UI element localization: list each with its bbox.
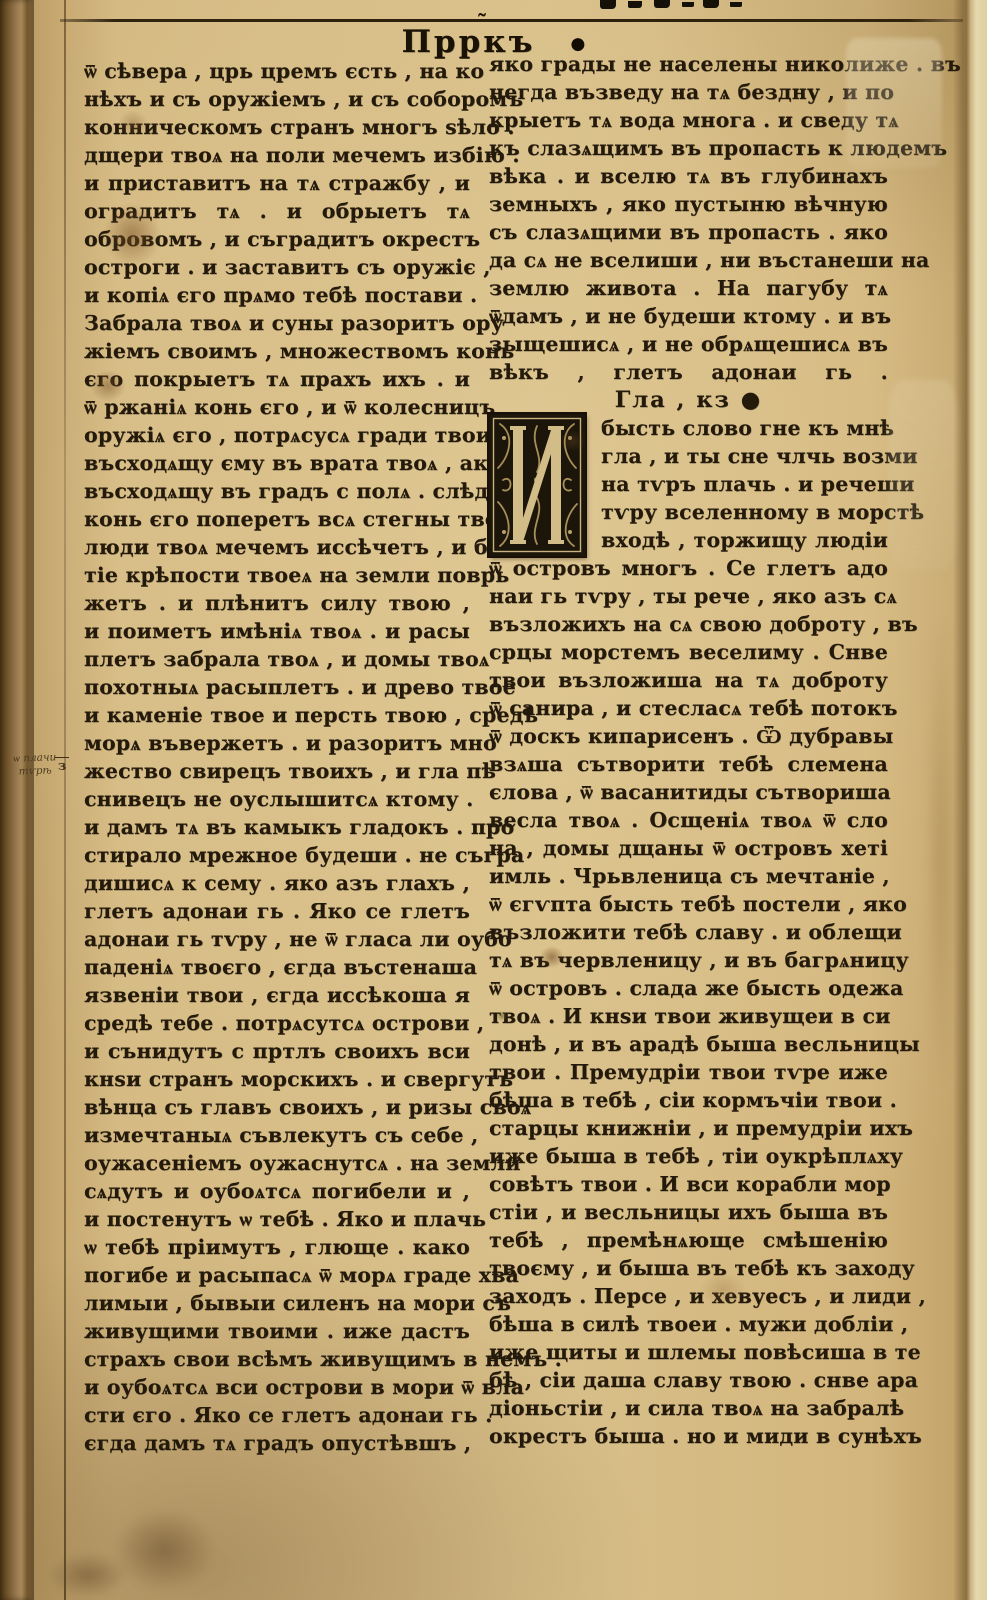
text-line: оужасеніемъ оужаснутсѧ . на земли (84, 1149, 470, 1177)
text-line: тіе крѣпости твоеѧ на земли поврь (84, 561, 470, 589)
text-line: язвеніи твои , єгда иссѣкоша я (84, 981, 470, 1009)
text-line: бѣша в силѣ твоеи . мужи добліи , (489, 1310, 888, 1338)
page-edge (953, 0, 987, 1600)
text-line: тебѣ , премѣнѧюще смѣшенію (489, 1226, 888, 1254)
text-line: обровомъ , и съградитъ окрестъ (84, 225, 470, 253)
text-line: негда възведу на тѧ бездну , и по (489, 78, 888, 106)
text-line: нѣхъ и съ оружіемъ , и съ соборомъ (84, 85, 470, 113)
text-line: сти єго . Яко се глетъ адонаи гь . (84, 1401, 470, 1429)
text-line: старцы книжніи , и премудріи ихъ (489, 1114, 888, 1142)
text-line: да сѧ не вселиши , ни въстанеши на (489, 246, 888, 274)
text-line: крыетъ тѧ вода многа . и сведу тѧ (489, 106, 888, 134)
text-line: єгда дамъ тѧ градъ опустѣвшъ , (84, 1429, 470, 1457)
text-line: бѣ , сіи даша славу твою . снве ара (489, 1366, 888, 1394)
margin-section-marker: з (55, 757, 69, 774)
text-line: землю живота . На пагубу тѧ (489, 274, 888, 302)
stain (112, 1508, 216, 1592)
text-line: и дамъ тѧ въ камыкъ гладокъ . про (84, 813, 470, 841)
text-line: имль . Чрьвленица съ мечтаніе , (489, 862, 888, 890)
text-line: морѧ въвержетъ . и разоритъ мно (84, 729, 470, 757)
text-line: твои възложиша на тѧ доброту (489, 666, 888, 694)
text-line: и оубоѧтсѧ вси острови в мори ѿ вла (84, 1373, 470, 1401)
text-line: ѿ єгѵпта бысть тебѣ постели , яко (489, 890, 888, 918)
text-line: иже щиты и шлемы повѣсиша в те (489, 1338, 888, 1366)
text-line: въсходѧщу въ градъ с полѧ . слѣдъ (84, 477, 470, 505)
text-line: оружіѧ єго , потрѧсусѧ гради твои . (84, 421, 470, 449)
text-line: срцы морстемъ веселиму . Снве (489, 638, 888, 666)
text-line: снивецъ не оуслышитсѧ ктому . (84, 785, 470, 813)
text-line: яко грады не населены николиже . въ (489, 50, 888, 78)
text-line: страхъ свои всѣмъ живущимъ в немъ . (84, 1345, 470, 1373)
text-line: плетъ забрала твоѧ , и домы твоѧ (84, 645, 470, 673)
text-line: глетъ адонаи гь . Яко се глетъ (84, 897, 470, 925)
text-line: и сънидутъ с пртлъ своихъ вси (84, 1037, 470, 1065)
text-line: къ слазѧщимъ въ пропасть к людемъ (489, 134, 888, 162)
text-line: стирало мрежное будеши . не съгра (84, 841, 470, 869)
binding-edge (0, 0, 34, 1600)
text-line: вѣка . и вселю тѧ въ глубинахъ (489, 162, 888, 190)
text-line: похотныѧ расыплетъ . и древо твое (84, 673, 470, 701)
text-line: възложихъ на сѧ свою доброту , въ (489, 610, 888, 638)
text-line: Забрала твоѧ и суны разоритъ ору (84, 309, 470, 337)
text-line: заходъ . Персе , и хевуесъ , и лиди , (489, 1282, 888, 1310)
text-line: зыщешисѧ , и не обрѧщешисѧ въ (489, 330, 888, 358)
text-line: и приставитъ на тѧ стражбу , и (84, 169, 470, 197)
text-line: донѣ , и въ арадѣ быша весльницы (489, 1030, 888, 1058)
text-line: твоѧ . И кнѕи твои живущеи в си (489, 1002, 888, 1030)
text-line: твои . Премудріи твои тѵре иже (489, 1058, 888, 1086)
text-line: земныхъ , яко пустыню вѣчную (489, 190, 888, 218)
text-line: и поиметъ имѣніѧ твоѧ . и расы (84, 617, 470, 645)
text-line: жество свирецъ твоихъ , и гла пѣ (84, 757, 470, 785)
text-column-right: И яко грады не населены николиже . вънег… (489, 50, 888, 1450)
text-line: сѧдутъ и оубоѧтсѧ погибели и , (84, 1177, 470, 1205)
titlo-mark: ˜ (477, 11, 488, 37)
text-line: и каменіе твое и персть твою , средѣ (84, 701, 470, 729)
ornamental-initial: И (489, 414, 585, 556)
text-line: средѣ тебе . потрѧсутсѧ острови , (84, 1009, 470, 1037)
ornamental-initial-art (489, 414, 585, 556)
text-line: ѿ сѣвера , црь цремъ єсть , на ко (84, 57, 470, 85)
text-line: ѿ санира , и стесласѧ тебѣ потокъ (489, 694, 888, 722)
text-line: лимыи , бывыи силенъ на мори съ (84, 1289, 470, 1317)
text-line: весла твоѧ . Осщеніѧ твоѧ ѿ сло (489, 806, 888, 834)
text-line: съ слазѧщими въ пропасть . яко (489, 218, 888, 246)
text-line: паденіѧ твоєго , єгда въстенаша (84, 953, 470, 981)
text-line: тѵру вселенному в морстѣ (601, 498, 888, 526)
text-line: ѿдамъ , и не будеши ктому . и въ (489, 302, 888, 330)
text-line: окрестъ быша . но и миди в сунѣхъ (489, 1422, 888, 1450)
stain (48, 1552, 128, 1598)
chapter-heading: Гла , кз ● (489, 386, 888, 414)
text-line: ѿ островъ . слада же бысть одежа (489, 974, 888, 1002)
text-line: бѣша в тебѣ , сіи кормъчіи твои . (489, 1086, 888, 1114)
text-line: жетъ . и плѣнитъ силу твою , (84, 589, 470, 617)
text-line: на тѵръ плачь . и речеши (601, 470, 888, 498)
text-line: ѡ тебѣ пріимутъ , глюще . како (84, 1233, 470, 1261)
text-line: на , домы дщаны ѿ островъ хеті (489, 834, 888, 862)
text-line: вѣкъ , глетъ адонаи гь . (489, 358, 888, 386)
text-line: кнѕи странъ морскихъ . и свергутъ (84, 1065, 470, 1093)
gutter-shadow (64, 0, 66, 1600)
text-line: єго покрыетъ тѧ прахъ ихъ . и (84, 365, 470, 393)
text-line: въсходѧщу єму въ врата твоѧ , аки (84, 449, 470, 477)
text-line: бысть слово гне къ мнѣ (601, 414, 888, 442)
book-page: Прркъ ˜ ● ѿ сѣвера , црь цремъ єсть , на… (0, 0, 987, 1600)
text-line: възложити тебѣ славу . и облещи (489, 918, 888, 946)
text-line: дщери твоѧ на поли мечемъ избію . (84, 141, 470, 169)
text-line: діоньстіи , и сила твоѧ на забралѣ (489, 1394, 888, 1422)
text-line: совѣтъ твои . И вси корабли мор (489, 1170, 888, 1198)
text-line: иже быша в тебѣ , тіи оукрѣплѧху (489, 1142, 888, 1170)
text-line: єлова , ѿ васанитиды сътвориша (489, 778, 888, 806)
text-line: адонаи гь тѵру , не ѿ гласа ли оубо (84, 925, 470, 953)
text-line: твоєму , и быша въ тебѣ къ заходу (489, 1254, 888, 1282)
text-line: люди твоѧ мечемъ иссѣчетъ , и бы (84, 533, 470, 561)
text-line: конь єго поперетъ всѧ стегны твоѧ . (84, 505, 470, 533)
text-line: остроги . и заставитъ съ оружіє , (84, 253, 470, 281)
text-line: наи гь тѵру , ты рече , яко азъ сѧ (489, 582, 888, 610)
header-rule (60, 19, 963, 22)
text-line: и постенутъ ѡ тебѣ . Яко и плачь (84, 1205, 470, 1233)
stain (926, 620, 956, 1080)
cut-off-print-fragment (600, 0, 616, 9)
text-line: живущими твоими . иже дастъ (84, 1317, 470, 1345)
text-line: ѿ ржаніѧ конь єго , и ѿ колесницъ (84, 393, 470, 421)
text-line: входѣ , торжищу людіи (601, 526, 888, 554)
text-line: жіемъ своимъ , множествомъ конь (84, 337, 470, 365)
text-line: вѣнца съ главъ своихъ , и ризы своѧ (84, 1093, 470, 1121)
text-line: тѧ въ червленицу , и въ багрѧницу (489, 946, 888, 974)
text-line: ѿ островъ многъ . Се глетъ адо (489, 554, 888, 582)
text-line: конническомъ странъ многъ ѕѣло . (84, 113, 470, 141)
text-line: ѿ доскъ кипарисенъ . Ѿ дубравы (489, 722, 888, 750)
text-line: стіи , и весльницы ихъ быша въ (489, 1198, 888, 1226)
text-line: погибе и расыпасѧ ѿ морѧ граде хва (84, 1261, 470, 1289)
text-line: и копіѧ єго прѧмо тебѣ постави . (84, 281, 470, 309)
text-line: гла , и ты сне члчь возми (601, 442, 888, 470)
text-line: дишисѧ к сему . яко азъ глахъ , (84, 869, 470, 897)
text-line: оградитъ тѧ . и обрыетъ тѧ (84, 197, 470, 225)
text-column-left: ѿ сѣвера , црь цремъ єсть , на конѣхъ и … (84, 57, 470, 1457)
text-line: измечтаныѧ съвлекутъ съ себе , (84, 1121, 470, 1149)
text-line: взѧша сътворити тебѣ слемена (489, 750, 888, 778)
